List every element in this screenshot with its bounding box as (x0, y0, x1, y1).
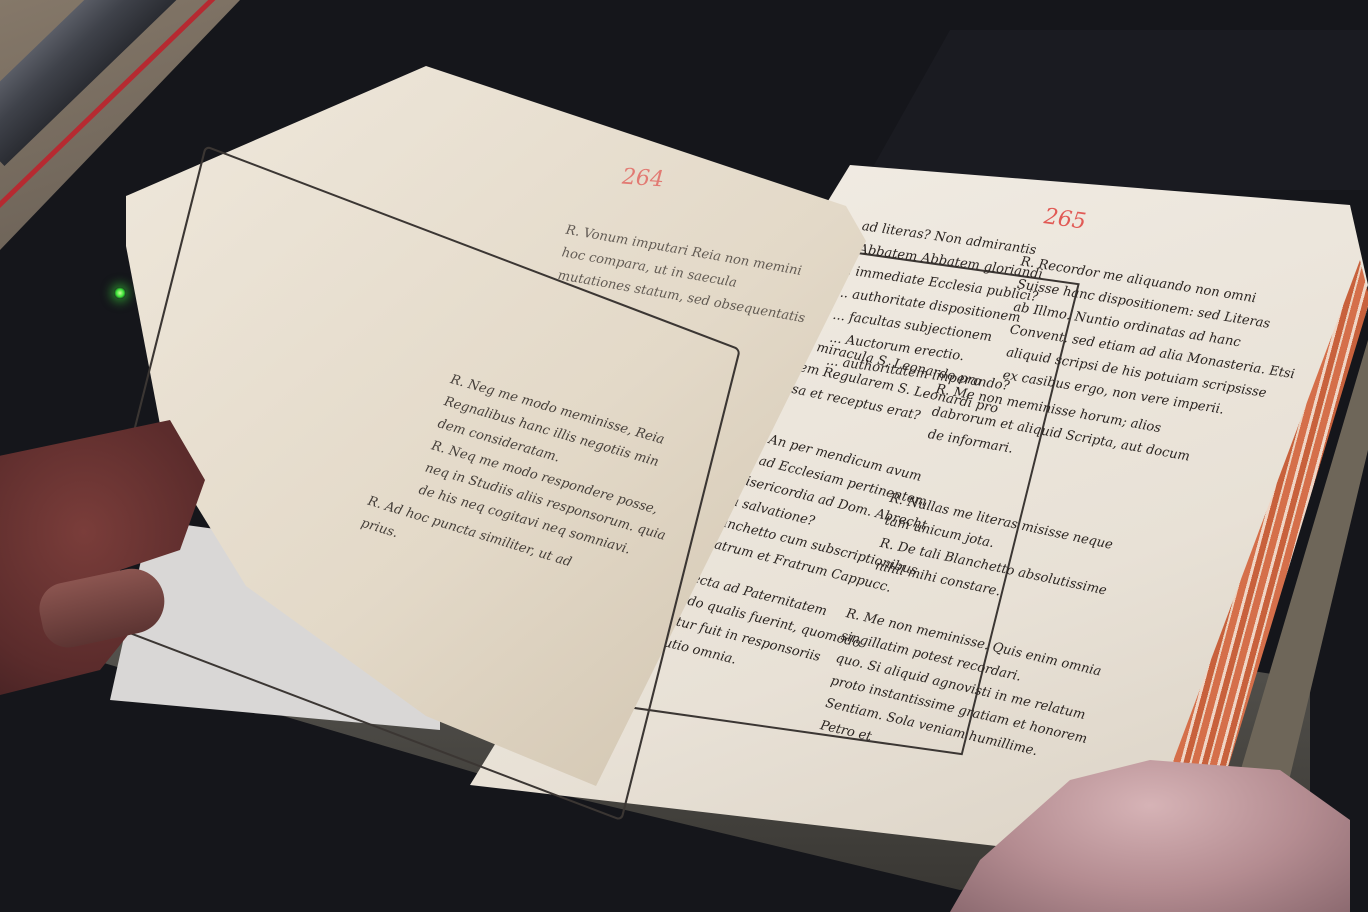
left-page-folio-number: 264 (621, 165, 665, 193)
scanner-panel (860, 30, 1368, 190)
green-led-indicator-icon (114, 287, 126, 299)
manuscript-photo: 265 ... ad literas? Non admirantis ... A… (0, 0, 1368, 912)
